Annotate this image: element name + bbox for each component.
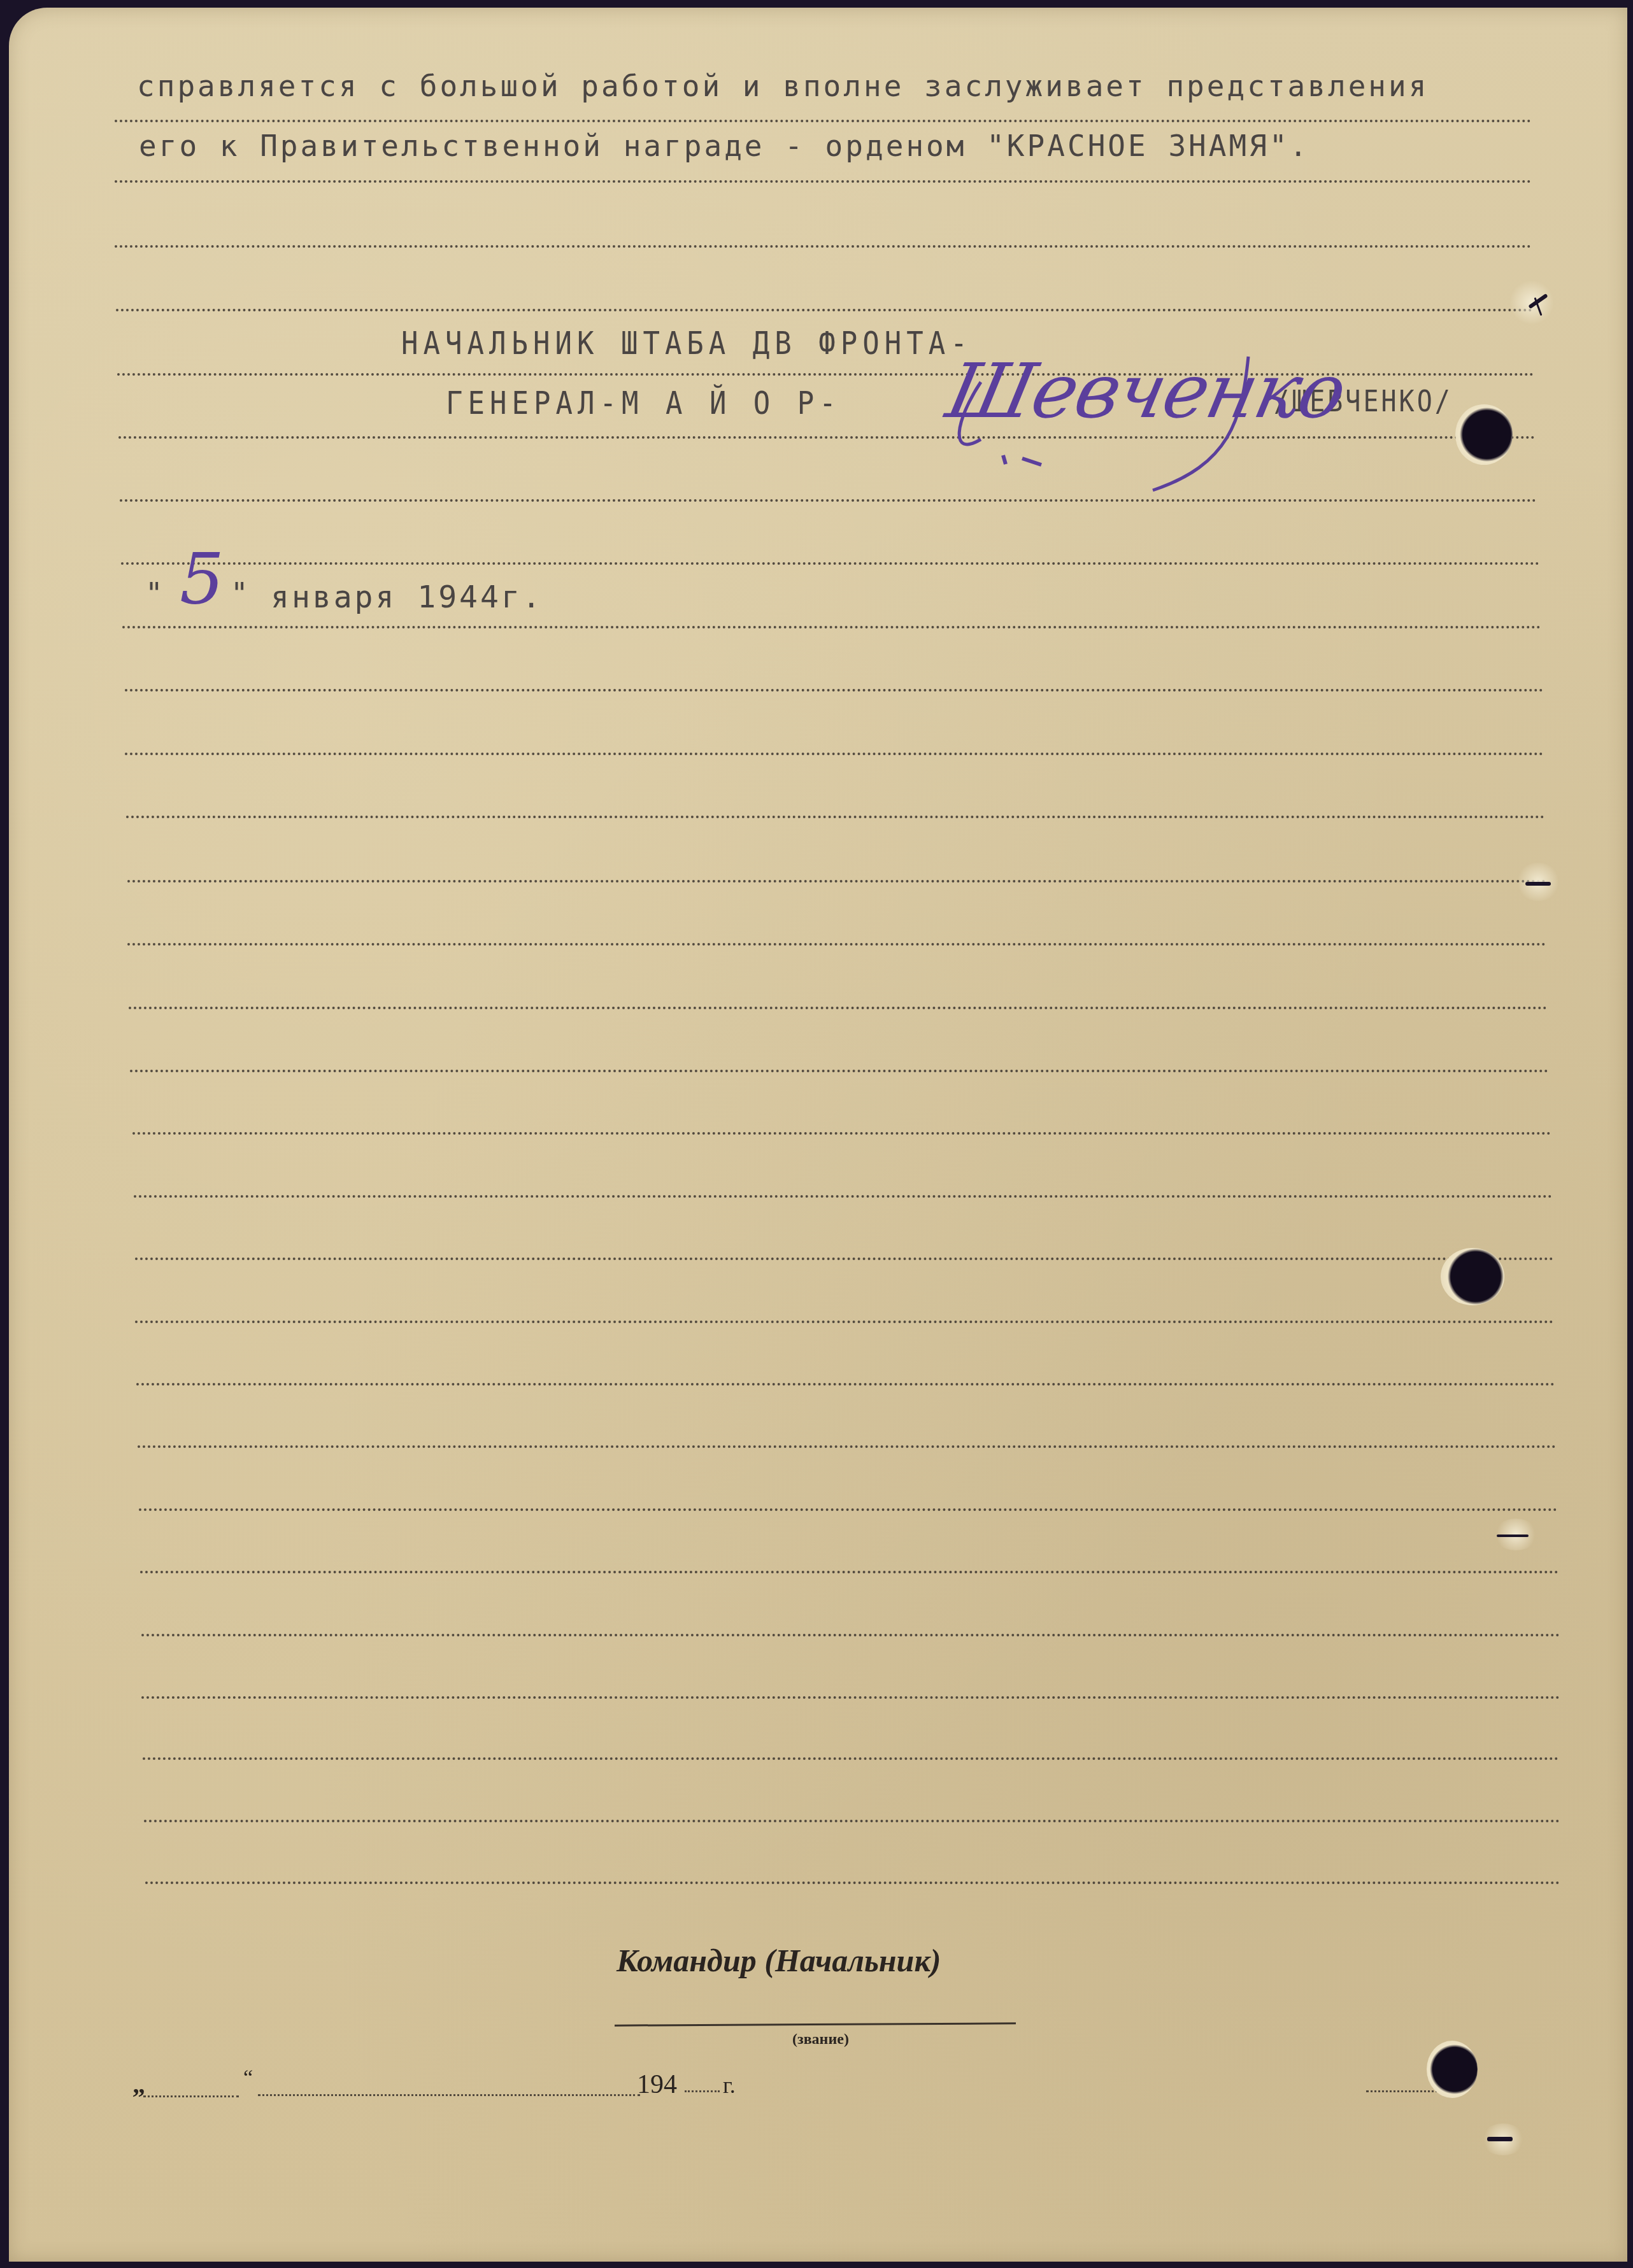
date-quote-mark: “ [243, 2066, 253, 2090]
ruled-line [140, 1571, 1559, 1573]
ruled-line [115, 245, 1532, 248]
tear-mark [1525, 882, 1551, 886]
year-prefix: 194 [637, 2069, 677, 2100]
ruled-line [129, 1007, 1548, 1009]
ruled-line [120, 499, 1537, 502]
ruled-line [118, 436, 1536, 439]
ruled-line [138, 1445, 1557, 1448]
ruled-line [135, 1321, 1554, 1323]
date-day-handwritten: 5 [180, 538, 224, 620]
ruled-line [135, 1258, 1554, 1260]
ruled-line [141, 1696, 1560, 1699]
ruled-line [136, 1383, 1555, 1386]
ruled-line [132, 1132, 1551, 1135]
tear-mark [1487, 2137, 1513, 2141]
punch-hole [1441, 1248, 1504, 1305]
ruled-line [134, 1195, 1553, 1198]
ruled-line [116, 309, 1533, 311]
year-suffix: г. [723, 2072, 736, 2099]
ruled-line [141, 1634, 1560, 1636]
date-day-blank [143, 2095, 239, 2097]
ruled-line [115, 120, 1532, 122]
date-prefix-mark: „ [132, 2069, 145, 2099]
ruled-line [143, 1757, 1559, 1760]
ruled-line [122, 626, 1541, 628]
signature-flourish [943, 344, 1299, 497]
signatory-rank: ГЕНЕРАЛ-М А Й О Р- [446, 385, 841, 422]
ruled-line [127, 943, 1546, 946]
tear-mark [1497, 1534, 1529, 1537]
ruled-line [125, 689, 1544, 691]
ruled-line [127, 880, 1546, 882]
punch-hole [1427, 2041, 1478, 2098]
typed-line-2: его к Правительственной награде - ордено… [139, 129, 1309, 163]
right-blank [1366, 2090, 1443, 2092]
date-month-year: января 1944г. [271, 579, 543, 615]
ruled-line [139, 1508, 1558, 1511]
rank-caption: (звание) [792, 2031, 849, 2048]
ruled-line [121, 562, 1540, 565]
ruled-line [126, 816, 1545, 818]
ruled-line [115, 180, 1532, 183]
date-open-quote: " [145, 576, 166, 611]
date-close-quote: " [231, 576, 251, 611]
signatory-title: НАЧАЛЬНИК ШТАБА ДВ ФРОНТА- [401, 325, 973, 362]
typed-line-1: справляется с большой работой и вполне з… [137, 69, 1429, 103]
ruled-line [144, 1820, 1560, 1822]
date-month-blank [258, 2094, 640, 2096]
commander-label: Командир (Начальник) [617, 1942, 941, 1979]
ruled-line [125, 753, 1544, 755]
ruled-line [130, 1070, 1549, 1072]
ruled-line [145, 1882, 1560, 1884]
year-blank [685, 2090, 720, 2092]
punch-hole [1455, 404, 1513, 465]
